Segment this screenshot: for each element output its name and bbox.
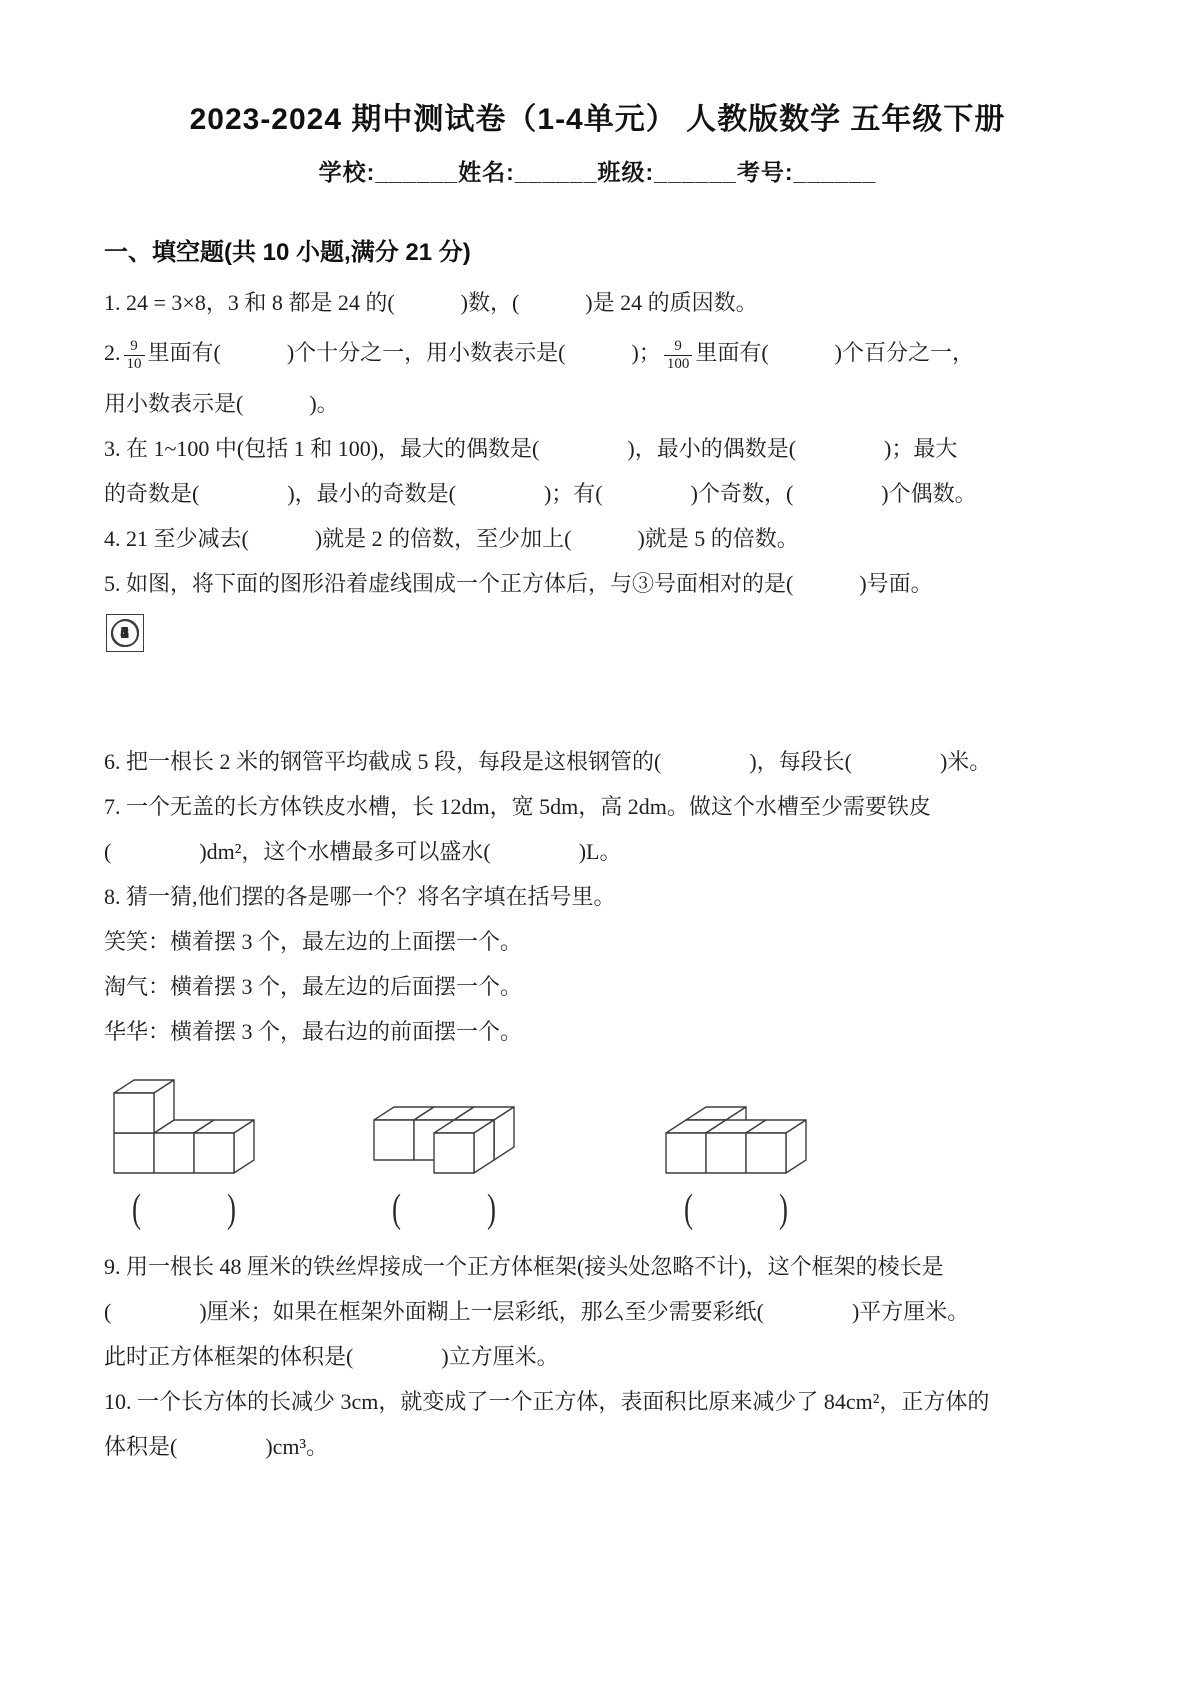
question-10-line-2: 体积是( )cm³。 xyxy=(104,1424,1091,1469)
question-1: 1. 24 = 3×8，3 和 8 都是 24 的( )数，( )是 24 的质… xyxy=(104,280,1091,325)
question-10-line-1: 10. 一个长方体的长减少 3cm，就变成了一个正方体，表面积比原来减少了 84… xyxy=(104,1379,1091,1424)
question-3-line-1: 3. 在 1~100 中(包括 1 和 100)，最大的偶数是( )，最小的偶数… xyxy=(104,426,1091,471)
cube-figure-1-answer-bracket: ( ) xyxy=(132,1193,236,1224)
bracket-open: ( xyxy=(392,1185,401,1232)
question-5: 5. 如图，将下面的图形沿着虚线围成一个正方体后，与③号面相对的是( )号面。 xyxy=(104,561,1091,606)
cube-figures-row: ( ) ( ) ( ) xyxy=(104,1078,1091,1224)
section-1-heading: 一、填空题(共 10 小题,满分 21 分) xyxy=(104,236,1091,270)
question-9-line-2: ( )厘米；如果在框架外面糊上一层彩纸，那么至少需要彩纸( )平方厘米。 xyxy=(104,1289,1091,1334)
net-cell-6-label: 6 xyxy=(111,620,138,647)
bracket-close: ) xyxy=(779,1185,788,1232)
cube-figure-3: ( ) xyxy=(664,1105,808,1224)
question-6: 6. 把一根长 2 米的钢管平均截成 5 段，每段是这根钢管的( )，每段长( … xyxy=(104,739,1091,784)
bracket-open: ( xyxy=(684,1185,693,1232)
question-9-line-1: 9. 用一根长 48 厘米的铁丝焊接成一个正方体框架(接头处忽略不计)，这个框架… xyxy=(104,1244,1091,1289)
bracket-close: ) xyxy=(487,1185,496,1232)
cube-figure-3-drawing xyxy=(664,1105,808,1181)
question-8-clue-huahua: 华华：横着摆 3 个，最右边的前面摆一个。 xyxy=(104,1009,1091,1054)
question-8: 8. 猜一猜,他们摆的各是哪一个？将名字填在括号里。 xyxy=(104,874,1091,919)
test-paper-page: 2023-2024 期中测试卷（1-4单元） 人教版数学 五年级下册 学校:__… xyxy=(0,0,1191,1684)
question-2-number: 2. xyxy=(104,340,121,365)
question-7-line-2: ( )dm²，这个水槽最多可以盛水( )L。 xyxy=(104,829,1091,874)
question-7-line-1: 7. 一个无盖的长方体铁皮水槽，长 12dm，宽 5dm，高 2dm。做这个水槽… xyxy=(104,784,1091,829)
questions-block: 1. 24 = 3×8，3 和 8 都是 24 的( )数，( )是 24 的质… xyxy=(104,280,1091,1469)
question-2-text-a: 里面有( )个十分之一，用小数表示是( )； xyxy=(148,340,661,365)
question-2-line-2: 用小数表示是( )。 xyxy=(104,381,1091,426)
bracket-close: ) xyxy=(227,1185,236,1232)
cube-figure-2-drawing xyxy=(372,1105,516,1181)
question-2-line-1: 2.910里面有( )个十分之一，用小数表示是( )；9100里面有( )个百分… xyxy=(104,325,1091,381)
question-3-line-2: 的奇数是( )，最小的奇数是( )；有( )个奇数，( )个偶数。 xyxy=(104,471,1091,516)
cube-figure-1-drawing xyxy=(112,1078,256,1181)
page-content: 2023-2024 期中测试卷（1-4单元） 人教版数学 五年级下册 学校:__… xyxy=(0,0,1191,1469)
page-title: 2023-2024 期中测试卷（1-4单元） 人教版数学 五年级下册 xyxy=(104,98,1091,142)
question-2-text-b: 里面有( )个百分之一， xyxy=(695,340,974,365)
bracket-open: ( xyxy=(132,1185,141,1232)
question-9-line-3: 此时正方体框架的体积是( )立方厘米。 xyxy=(104,1334,1091,1379)
question-8-clue-taoqi: 淘气：横着摆 3 个，最左边的后面摆一个。 xyxy=(104,964,1091,1009)
fraction-9-10: 910 xyxy=(124,338,145,372)
fraction-9-100: 9100 xyxy=(664,338,693,372)
question-8-clue-xiaoxiao: 笑笑：横着摆 3 个，最左边的上面摆一个。 xyxy=(104,919,1091,964)
cube-figure-3-answer-bracket: ( ) xyxy=(684,1193,788,1224)
net-cell-6: 6 xyxy=(106,614,144,652)
cube-figure-2-answer-bracket: ( ) xyxy=(392,1193,496,1224)
cube-figure-2: ( ) xyxy=(372,1105,516,1224)
cube-figure-1: ( ) xyxy=(112,1078,256,1224)
question-4: 4. 21 至少减去( )就是 2 的倍数，至少加上( )就是 5 的倍数。 xyxy=(104,516,1091,561)
cube-net-figure: 1 2 3 4 5 6 xyxy=(106,614,256,727)
student-info-line: 学校:______姓名:______班级:______考号:______ xyxy=(104,156,1091,188)
